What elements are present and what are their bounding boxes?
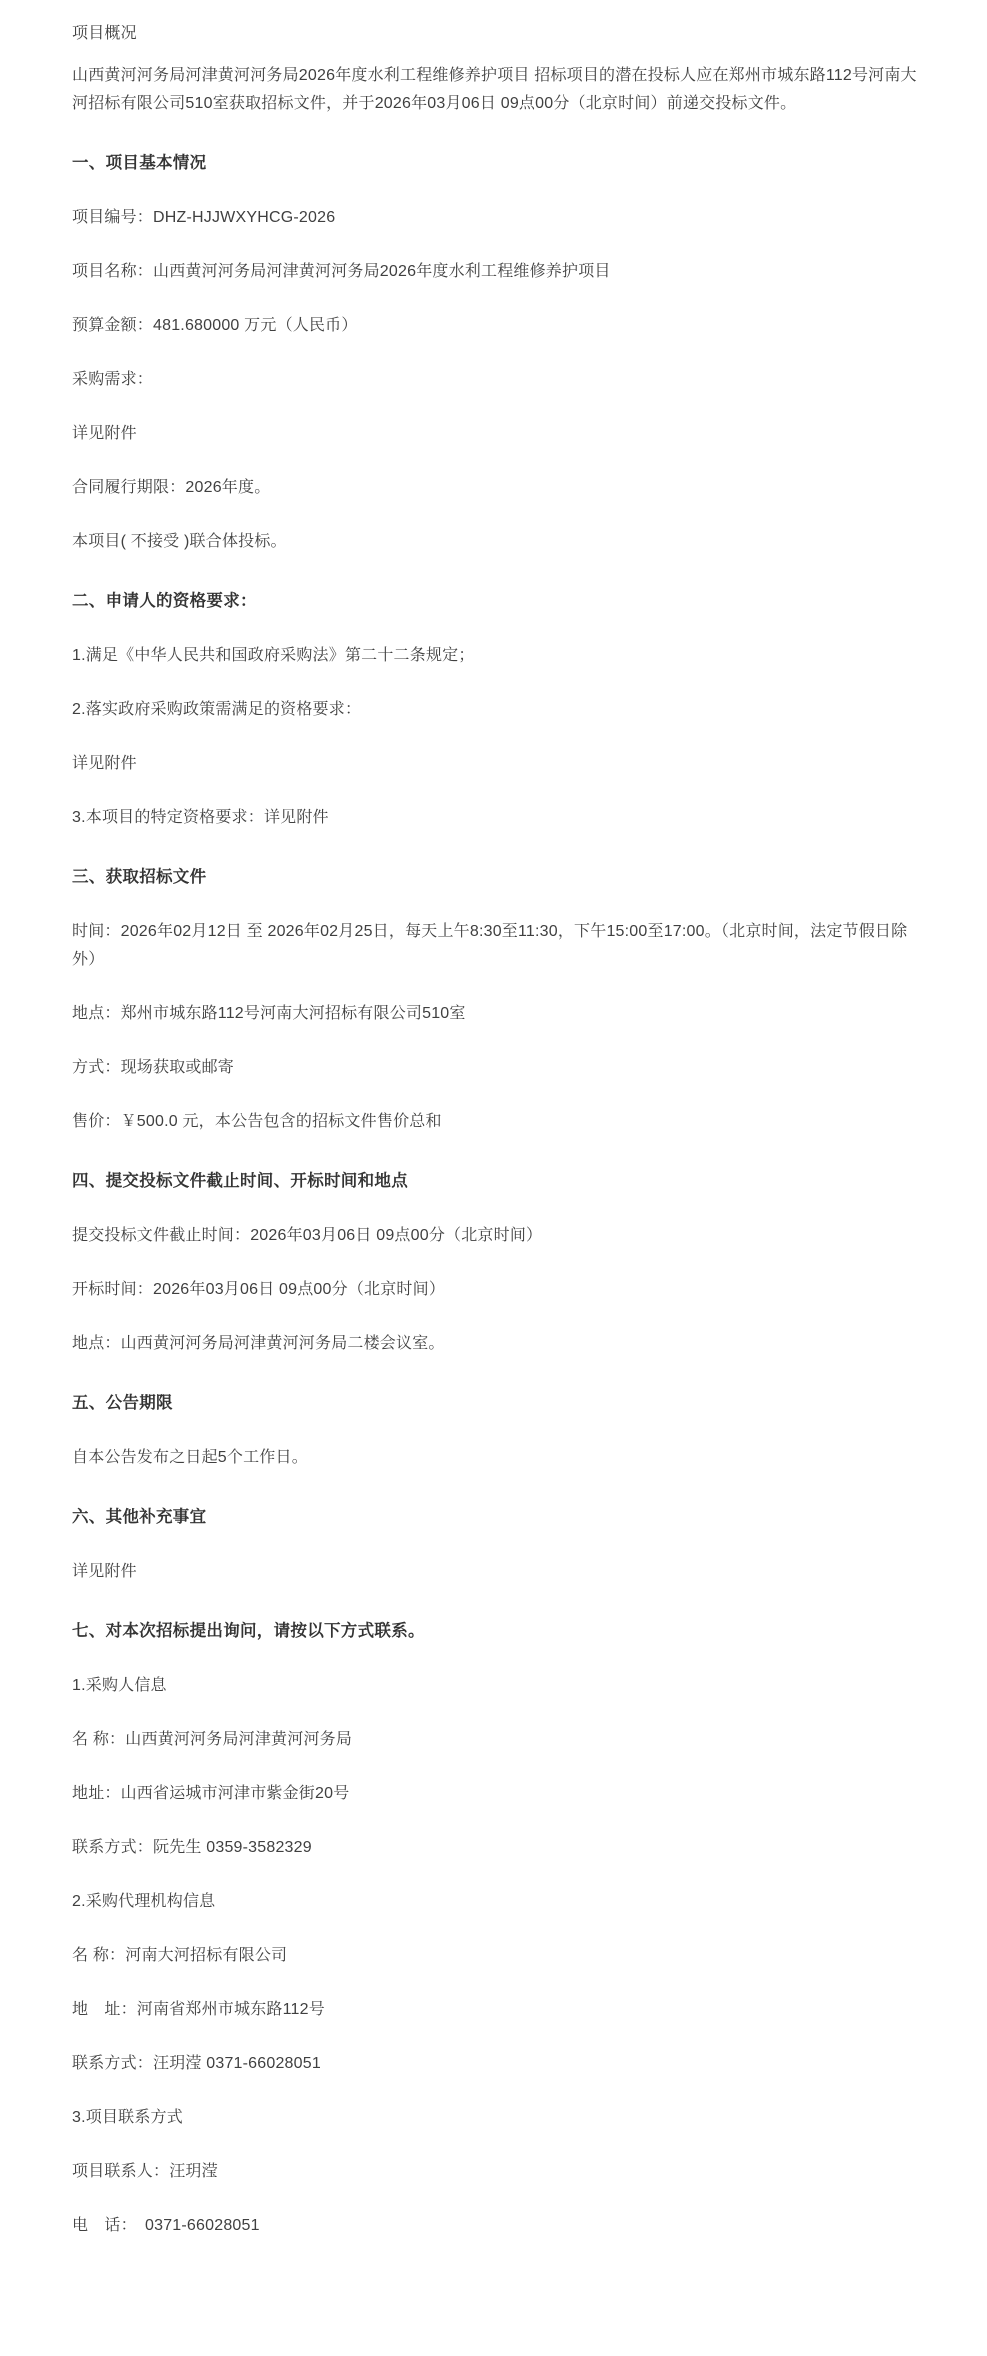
section-heading: 七、对本次招标提出询问，请按以下方式联系。 (72, 1617, 929, 1645)
section-heading: 二、申请人的资格要求： (72, 587, 929, 615)
document-paragraph: 名 称：河南大河招标有限公司 (72, 1942, 929, 1970)
document-paragraph: 联系方式：阮先生 0359-3582329 (72, 1834, 929, 1862)
document-paragraph: 地点：郑州市城东路112号河南大河招标有限公司510室 (72, 1000, 929, 1028)
document-paragraph: 项目编号：DHZ-HJJWXYHCG-2026 (72, 204, 929, 232)
document-paragraph: 预算金额：481.680000 万元（人民币） (72, 312, 929, 340)
document-paragraph: 山西黄河河务局河津黄河河务局2026年度水利工程维修养护项目 招标项目的潜在投标… (72, 62, 929, 118)
document-paragraph: 开标时间：2026年03月06日 09点00分（北京时间） (72, 1276, 929, 1304)
document-paragraph: 自本公告发布之日起5个工作日。 (72, 1444, 929, 1472)
document-paragraph: 地址：山西省运城市河津市紫金街20号 (72, 1780, 929, 1808)
document-paragraph: 详见附件 (72, 750, 929, 778)
section-heading: 一、项目基本情况 (72, 149, 929, 177)
project-overview-label: 项目概况 (72, 20, 929, 48)
document-paragraph: 1.满足《中华人民共和国政府采购法》第二十二条规定； (72, 642, 929, 670)
document-paragraph: 2.落实政府采购政策需满足的资格要求： (72, 696, 929, 724)
document-paragraph: 详见附件 (72, 420, 929, 448)
document-paragraph: 地点：山西黄河河务局河津黄河河务局二楼会议室。 (72, 1330, 929, 1358)
document-paragraph: 售价：￥500.0 元，本公告包含的招标文件售价总和 (72, 1108, 929, 1136)
document-paragraph: 地 址：河南省郑州市城东路112号 (72, 1996, 929, 2024)
document-blocks-container: 项目概况山西黄河河务局河津黄河河务局2026年度水利工程维修养护项目 招标项目的… (72, 20, 929, 2240)
document-paragraph: 方式：现场获取或邮寄 (72, 1054, 929, 1082)
document-paragraph: 项目名称：山西黄河河务局河津黄河河务局2026年度水利工程维修养护项目 (72, 258, 929, 286)
document-paragraph: 本项目( 不接受 )联合体投标。 (72, 528, 929, 556)
document-paragraph: 电 话： 0371-66028051 (72, 2212, 929, 2240)
document-paragraph: 采购需求： (72, 366, 929, 394)
section-heading: 四、提交投标文件截止时间、开标时间和地点 (72, 1167, 929, 1195)
tender-announcement-document: 项目概况山西黄河河务局河津黄河河务局2026年度水利工程维修养护项目 招标项目的… (0, 0, 987, 2356)
document-paragraph: 3.本项目的特定资格要求：详见附件 (72, 804, 929, 832)
document-paragraph: 项目联系人：汪玥滢 (72, 2158, 929, 2186)
document-paragraph: 联系方式：汪玥滢 0371-66028051 (72, 2050, 929, 2078)
document-paragraph: 1.采购人信息 (72, 1672, 929, 1700)
document-paragraph: 合同履行期限：2026年度。 (72, 474, 929, 502)
document-paragraph: 详见附件 (72, 1558, 929, 1586)
section-heading: 五、公告期限 (72, 1389, 929, 1417)
document-paragraph: 时间：2026年02月12日 至 2026年02月25日，每天上午8:30至11… (72, 918, 929, 974)
section-heading: 三、获取招标文件 (72, 863, 929, 891)
document-paragraph: 2.采购代理机构信息 (72, 1888, 929, 1916)
section-heading: 六、其他补充事宜 (72, 1503, 929, 1531)
document-paragraph: 名 称：山西黄河河务局河津黄河河务局 (72, 1726, 929, 1754)
document-paragraph: 3.项目联系方式 (72, 2104, 929, 2132)
document-paragraph: 提交投标文件截止时间：2026年03月06日 09点00分（北京时间） (72, 1222, 929, 1250)
